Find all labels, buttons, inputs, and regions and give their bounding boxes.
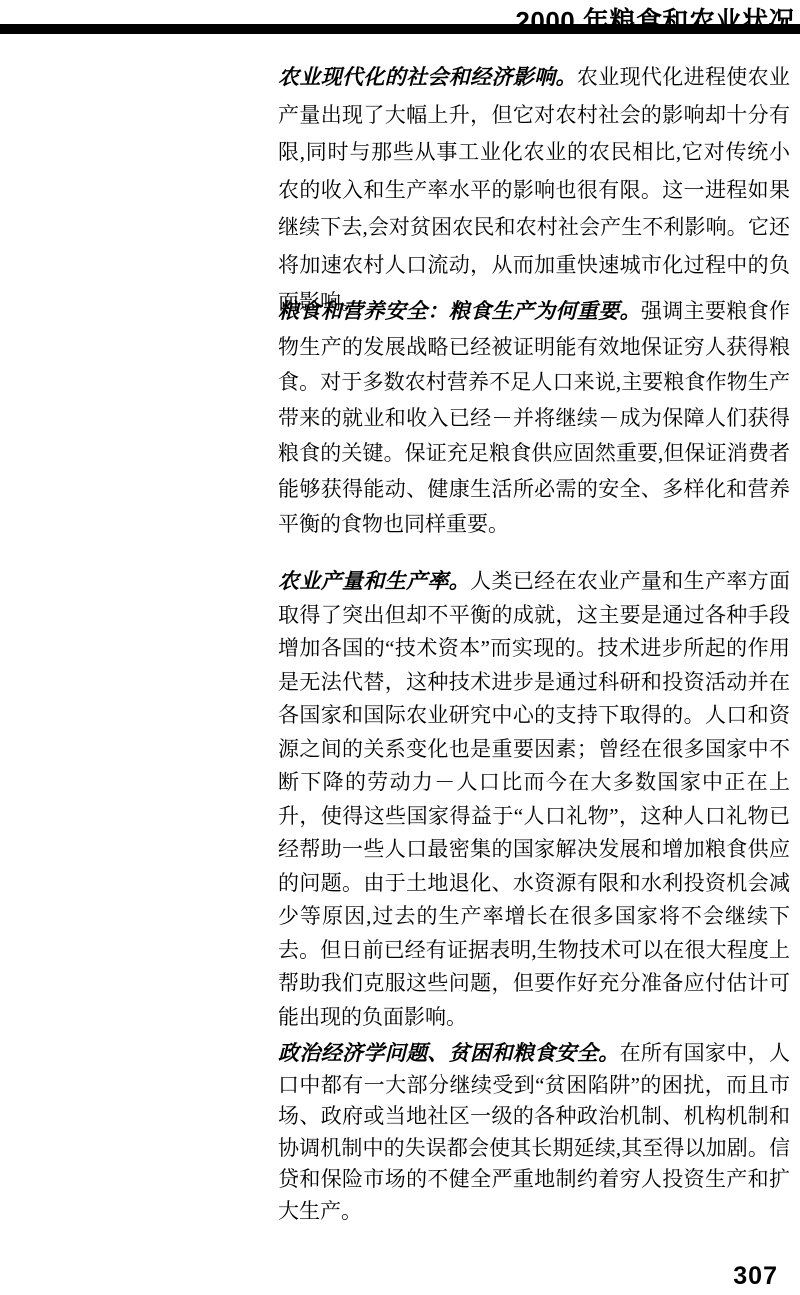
paragraph-body: 农业现代化进程使农业产量出现了大幅上升，但它对农村社会的影响却十分有限,同时与那… <box>278 65 790 314</box>
paragraph-food-nutrition-security: 粮食和营养安全：粮食生产为何重要。强调主要粮食作物生产的发展战略已经被证明能有效… <box>278 294 790 543</box>
paragraph-political-economy-poverty: 政治经济学问题、贫困和粮食安全。在所有国家中，人口中都有一大部分继续受到“贫困陷… <box>278 1038 790 1227</box>
paragraph-lead: 农业现代化的社会和经济影响。 <box>278 65 577 89</box>
paragraph-agricultural-modernization: 农业现代化的社会和经济影响。农业现代化进程使农业产量出现了大幅上升，但它对农村社… <box>278 59 790 322</box>
paragraph-output-productivity: 农业产量和生产率。人类已经在农业产量和生产率方面取得了突出但却不平衡的成就，这主… <box>278 565 790 1034</box>
page-number: 307 <box>733 1262 778 1291</box>
paragraph-body: 强调主要粮食作物生产的发展战略已经被证明能有效地保证穷人获得粮食。对于多数农村营… <box>278 299 790 536</box>
paragraph-lead: 政治经济学问题、贫困和粮食安全。 <box>278 1041 620 1065</box>
paragraph-body: 人类已经在农业产量和生产率方面取得了突出但却不平衡的成就，这主要是通过各种手段增… <box>278 569 790 1029</box>
paragraph-lead: 粮食和营养安全：粮食生产为何重要。 <box>278 299 641 323</box>
document-page: 2000 年粮食和农业状况 农业现代化的社会和经济影响。农业现代化进程使农业产量… <box>0 0 800 1295</box>
paragraph-body: 在所有国家中，人口中都有一大部分继续受到“贫困陷阱”的困扰，而且市场、政府或当地… <box>278 1041 790 1223</box>
content-column: 农业现代化的社会和经济影响。农业现代化进程使农业产量出现了大幅上升，但它对农村社… <box>278 0 790 1295</box>
paragraph-lead: 农业产量和生产率。 <box>278 569 470 593</box>
